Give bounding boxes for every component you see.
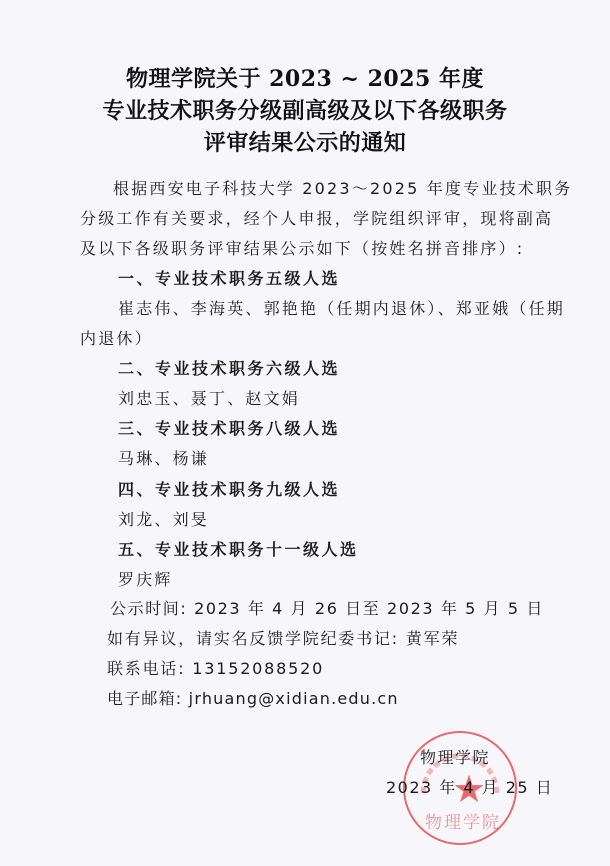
section-4-heading: 四、专业技术职务九级人选 [118,477,340,500]
title-line-1: 物理学院关于 2023 ~ 2025 年度 [0,62,610,93]
objection-contact: 如有异议，请实名反馈学院纪委书记: 黄军荣 [107,626,459,649]
title-line-3: 评审结果公示的通知 [0,126,610,157]
intro-line-1: 根据西安电子科技大学 2023～2025 年度专业技术职务 [113,176,572,199]
section-1-names-cont: 内退休） [80,326,153,349]
intro-line-2: 分级工作有关要求，经个人申报，学院组织评审，现将副高 [80,206,553,229]
publicity-period: 公示时间: 2023 年 4 月 26 日至 2023 年 5 月 5 日 [110,596,544,619]
title-line-2: 专业技术职务分级副高级及以下各级职务 [0,94,610,125]
section-1-heading: 一、专业技术职务五级人选 [118,266,340,289]
seal-bottom-text: 物理学院 [425,808,501,833]
signature-date: 2023 年 4 月 25 日 [386,775,553,798]
contact-phone: 联系电话: 13152088520 [107,656,324,679]
section-5-names: 罗庆辉 [118,567,173,590]
section-2-names: 刘忠玉、聂丁、赵文娟 [118,386,300,409]
section-4-names: 刘龙、刘旻 [118,507,209,530]
signature-org: 物理学院 [420,745,490,768]
section-1-names: 崔志伟、李海英、郭艳艳（任期内退休）、郑亚娥（任期 [118,296,565,319]
intro-line-3: 及以下各级职务评审结果公示如下（按姓名拼音排序）: [80,236,524,259]
contact-email[interactable]: 电子邮箱: jrhuang@xidian.edu.cn [107,686,399,709]
section-5-heading: 五、专业技术职务十一级人选 [118,537,359,560]
section-3-heading: 三、专业技术职务八级人选 [118,416,340,439]
notice-document: 物理学院关于 2023 ~ 2025 年度 专业技术职务分级副高级及以下各级职务… [0,0,610,866]
section-2-heading: 二、专业技术职务六级人选 [118,356,340,379]
section-3-names: 马琳、杨谦 [118,446,209,469]
